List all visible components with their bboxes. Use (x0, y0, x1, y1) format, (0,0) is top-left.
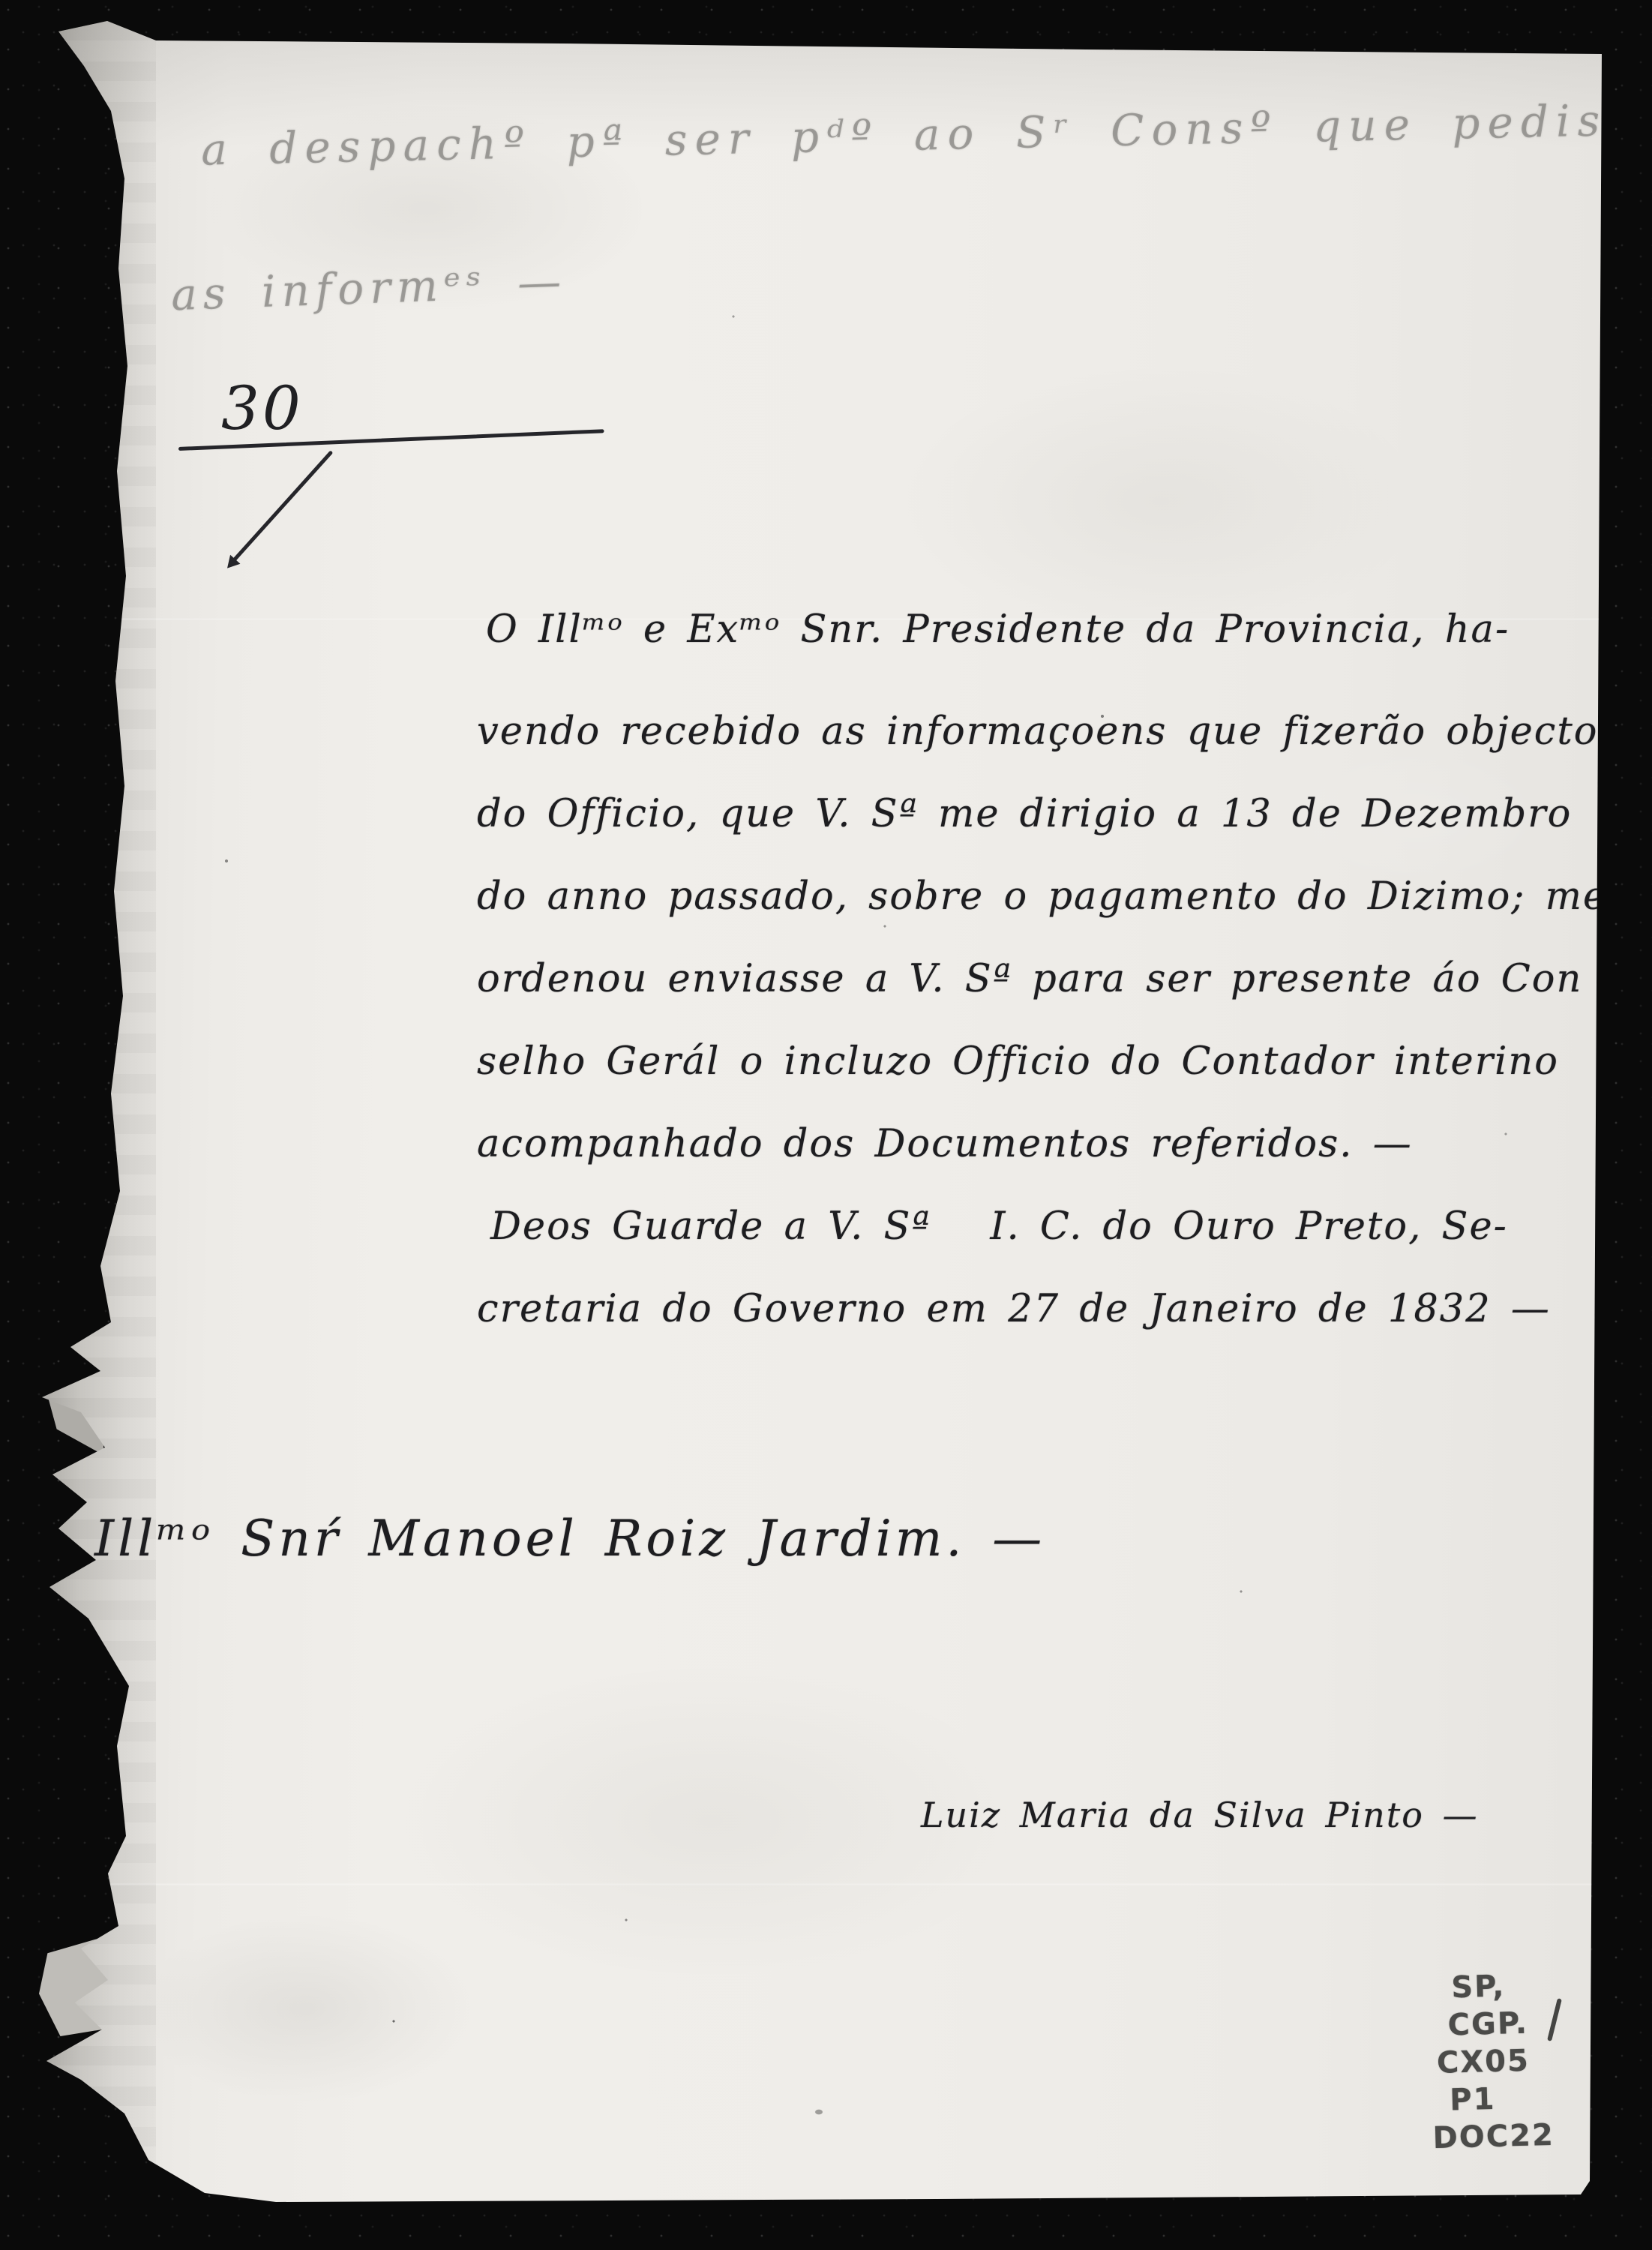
archive-mark: SP, (1451, 1966, 1551, 2006)
addressee-line: Illᵐᵒ Snŕ Manoel Roiz Jardim. — (94, 1510, 1045, 1567)
letter-line: O Illᵐᵒ e Exᵐᵒ Snr. Presidente da Provin… (486, 607, 1602, 690)
letter-body: O Illᵐᵒ e Exᵐᵒ Snr. Presidente da Provin… (477, 607, 1602, 1369)
docket-stroke (227, 450, 333, 567)
letter-line: selho Gerál o incluzo Officio do Contado… (477, 1039, 1602, 1122)
archive-mark: CX05 (1436, 2041, 1552, 2082)
pencil-annotation-line2: as informᵉˢ — (170, 256, 568, 320)
letter-line: do anno passado, sobre o pagamento do Di… (477, 874, 1602, 957)
archive-mark: CGP. (1447, 2004, 1552, 2044)
signature: Luiz Maria da Silva Pinto — (921, 1795, 1479, 1835)
letter-line: cretaria do Governo em 27 de Janeiro de … (477, 1287, 1602, 1369)
scan-background: a despachº pª ser pᵈº ao Sʳ Consº que pe… (0, 0, 1652, 2250)
letter-line: do Officio, que V. Sª me dirigio a 13 de… (477, 792, 1602, 874)
letter-line: vendo recebido as informaçoens que fizer… (477, 709, 1602, 792)
letter-line: acompanhado dos Documentos referidos. — (477, 1122, 1602, 1204)
archive-mark: DOC22 (1432, 2116, 1555, 2157)
document-page: a despachº pª ser pᵈº ao Sʳ Consº que pe… (36, 21, 1603, 2205)
binding-edge (36, 21, 156, 2205)
letter-line: Deos Guarde a V. Sª I. C. do Ouro Preto,… (490, 1204, 1602, 1287)
archive-reference: SP, CGP. CX05 P1 DOC22 (1429, 1966, 1555, 2157)
archive-mark: P1 (1450, 2079, 1554, 2119)
docket-number: 30 (221, 373, 304, 443)
letter-line: ordenou enviasse a V. Sª para ser presen… (477, 957, 1602, 1039)
pencil-annotation-line1: a despachº pª ser pᵈº ao Sʳ Consº que pe… (200, 94, 1607, 175)
